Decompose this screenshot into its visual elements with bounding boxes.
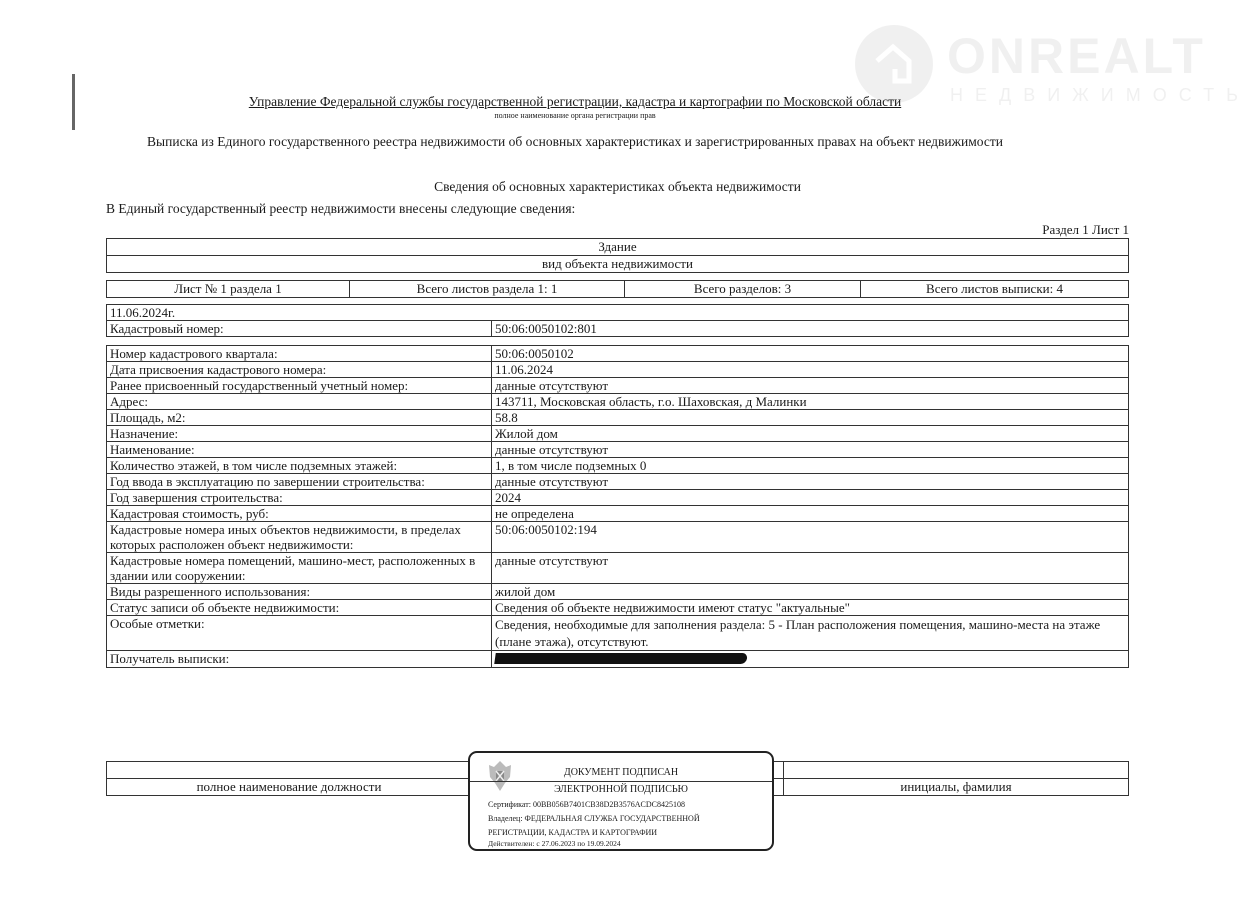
- sheet-number: Лист № 1 раздела 1: [107, 281, 350, 298]
- table-row: Год завершения строительства:2024: [107, 490, 1129, 506]
- table-row: Виды разрешенного использования:жилой до…: [107, 584, 1129, 600]
- cadastral-number-label: Кадастровый номер:: [107, 321, 492, 337]
- organization-caption: полное наименование органа регистрации п…: [0, 111, 1150, 120]
- table-row: Адрес:143711, Московская область, г.о. Ш…: [107, 394, 1129, 410]
- table-row: Статус записи об объекте недвижимости:Св…: [107, 600, 1129, 616]
- stamp-certificate: Сертификат: 00BB056B7401CB38D2B3576ACDC8…: [488, 800, 685, 809]
- stamp-owner-1: Владелец: ФЕДЕРАЛЬНАЯ СЛУЖБА ГОСУДАРСТВЕ…: [488, 814, 700, 823]
- stamp-line-2: ЭЛЕКТРОННОЙ ПОДПИСЬЮ: [470, 784, 772, 795]
- sheet-info-table: Лист № 1 раздела 1 Всего листов раздела …: [106, 280, 1129, 298]
- table-row: Особые отметки:Сведения, необходимые для…: [107, 616, 1129, 651]
- watermark-brand: ONREALT: [947, 31, 1206, 81]
- name-caption: инициалы, фамилия: [784, 779, 1129, 796]
- extract-date: 11.06.2024г.: [107, 305, 1129, 321]
- object-type-caption: вид объекта недвижимости: [107, 256, 1129, 273]
- table-row: Назначение:Жилой дом: [107, 426, 1129, 442]
- document-title: Выписка из Единого государственного реес…: [0, 134, 1150, 150]
- table-row: Получатель выписки:: [107, 651, 1129, 668]
- table-row: Кадастровые номера помещений, машино-мес…: [107, 553, 1129, 584]
- table-row: Площадь, м2:58.8: [107, 410, 1129, 426]
- object-type: Здание: [107, 239, 1129, 256]
- organization-title: Управление Федеральной службы государств…: [0, 94, 1150, 110]
- position-caption: полное наименование должности: [107, 779, 472, 796]
- table-row: Наименование:данные отсутствуют: [107, 442, 1129, 458]
- stamp-owner-2: РЕГИСТРАЦИИ, КАДАСТРА И КАРТОГРАФИИ: [488, 828, 657, 837]
- house-icon: [855, 25, 933, 103]
- table-row: Ранее присвоенный государственный учетны…: [107, 378, 1129, 394]
- stamp-line-1: ДОКУМЕНТ ПОДПИСАН: [470, 767, 772, 778]
- table-row: Количество этажей, в том числе подземных…: [107, 458, 1129, 474]
- stamp-validity: Действителен: с 27.06.2023 по 19.09.2024: [488, 839, 621, 848]
- redacted-recipient: [494, 653, 748, 664]
- table-row: Дата присвоения кадастрового номера:11.0…: [107, 362, 1129, 378]
- section-reference: Раздел 1 Лист 1: [1042, 222, 1129, 238]
- table-row: Номер кадастрового квартала:50:06:005010…: [107, 346, 1129, 362]
- table-row: Кадастровая стоимость, руб:не определена: [107, 506, 1129, 522]
- total-sections: Всего разделов: 3: [625, 281, 861, 298]
- total-sheets: Всего листов выписки: 4: [861, 281, 1129, 298]
- cadastral-number-value: 50:06:0050102:801: [492, 321, 1129, 337]
- table-row: Год ввода в эксплуатацию по завершении с…: [107, 474, 1129, 490]
- characteristics-table: Номер кадастрового квартала:50:06:005010…: [106, 345, 1129, 668]
- section-title: Сведения об основных характеристиках объ…: [0, 179, 1235, 195]
- intro-text: В Единый государственный реестр недвижим…: [106, 201, 575, 217]
- total-sheets-section: Всего листов раздела 1: 1: [350, 281, 625, 298]
- electronic-signature-stamp: ДОКУМЕНТ ПОДПИСАН ЭЛЕКТРОННОЙ ПОДПИСЬЮ С…: [468, 751, 774, 851]
- object-type-table: Здание вид объекта недвижимости: [106, 238, 1129, 273]
- date-table: 11.06.2024г. Кадастровый номер: 50:06:00…: [106, 304, 1129, 337]
- table-row: Кадастровые номера иных объектов недвижи…: [107, 522, 1129, 553]
